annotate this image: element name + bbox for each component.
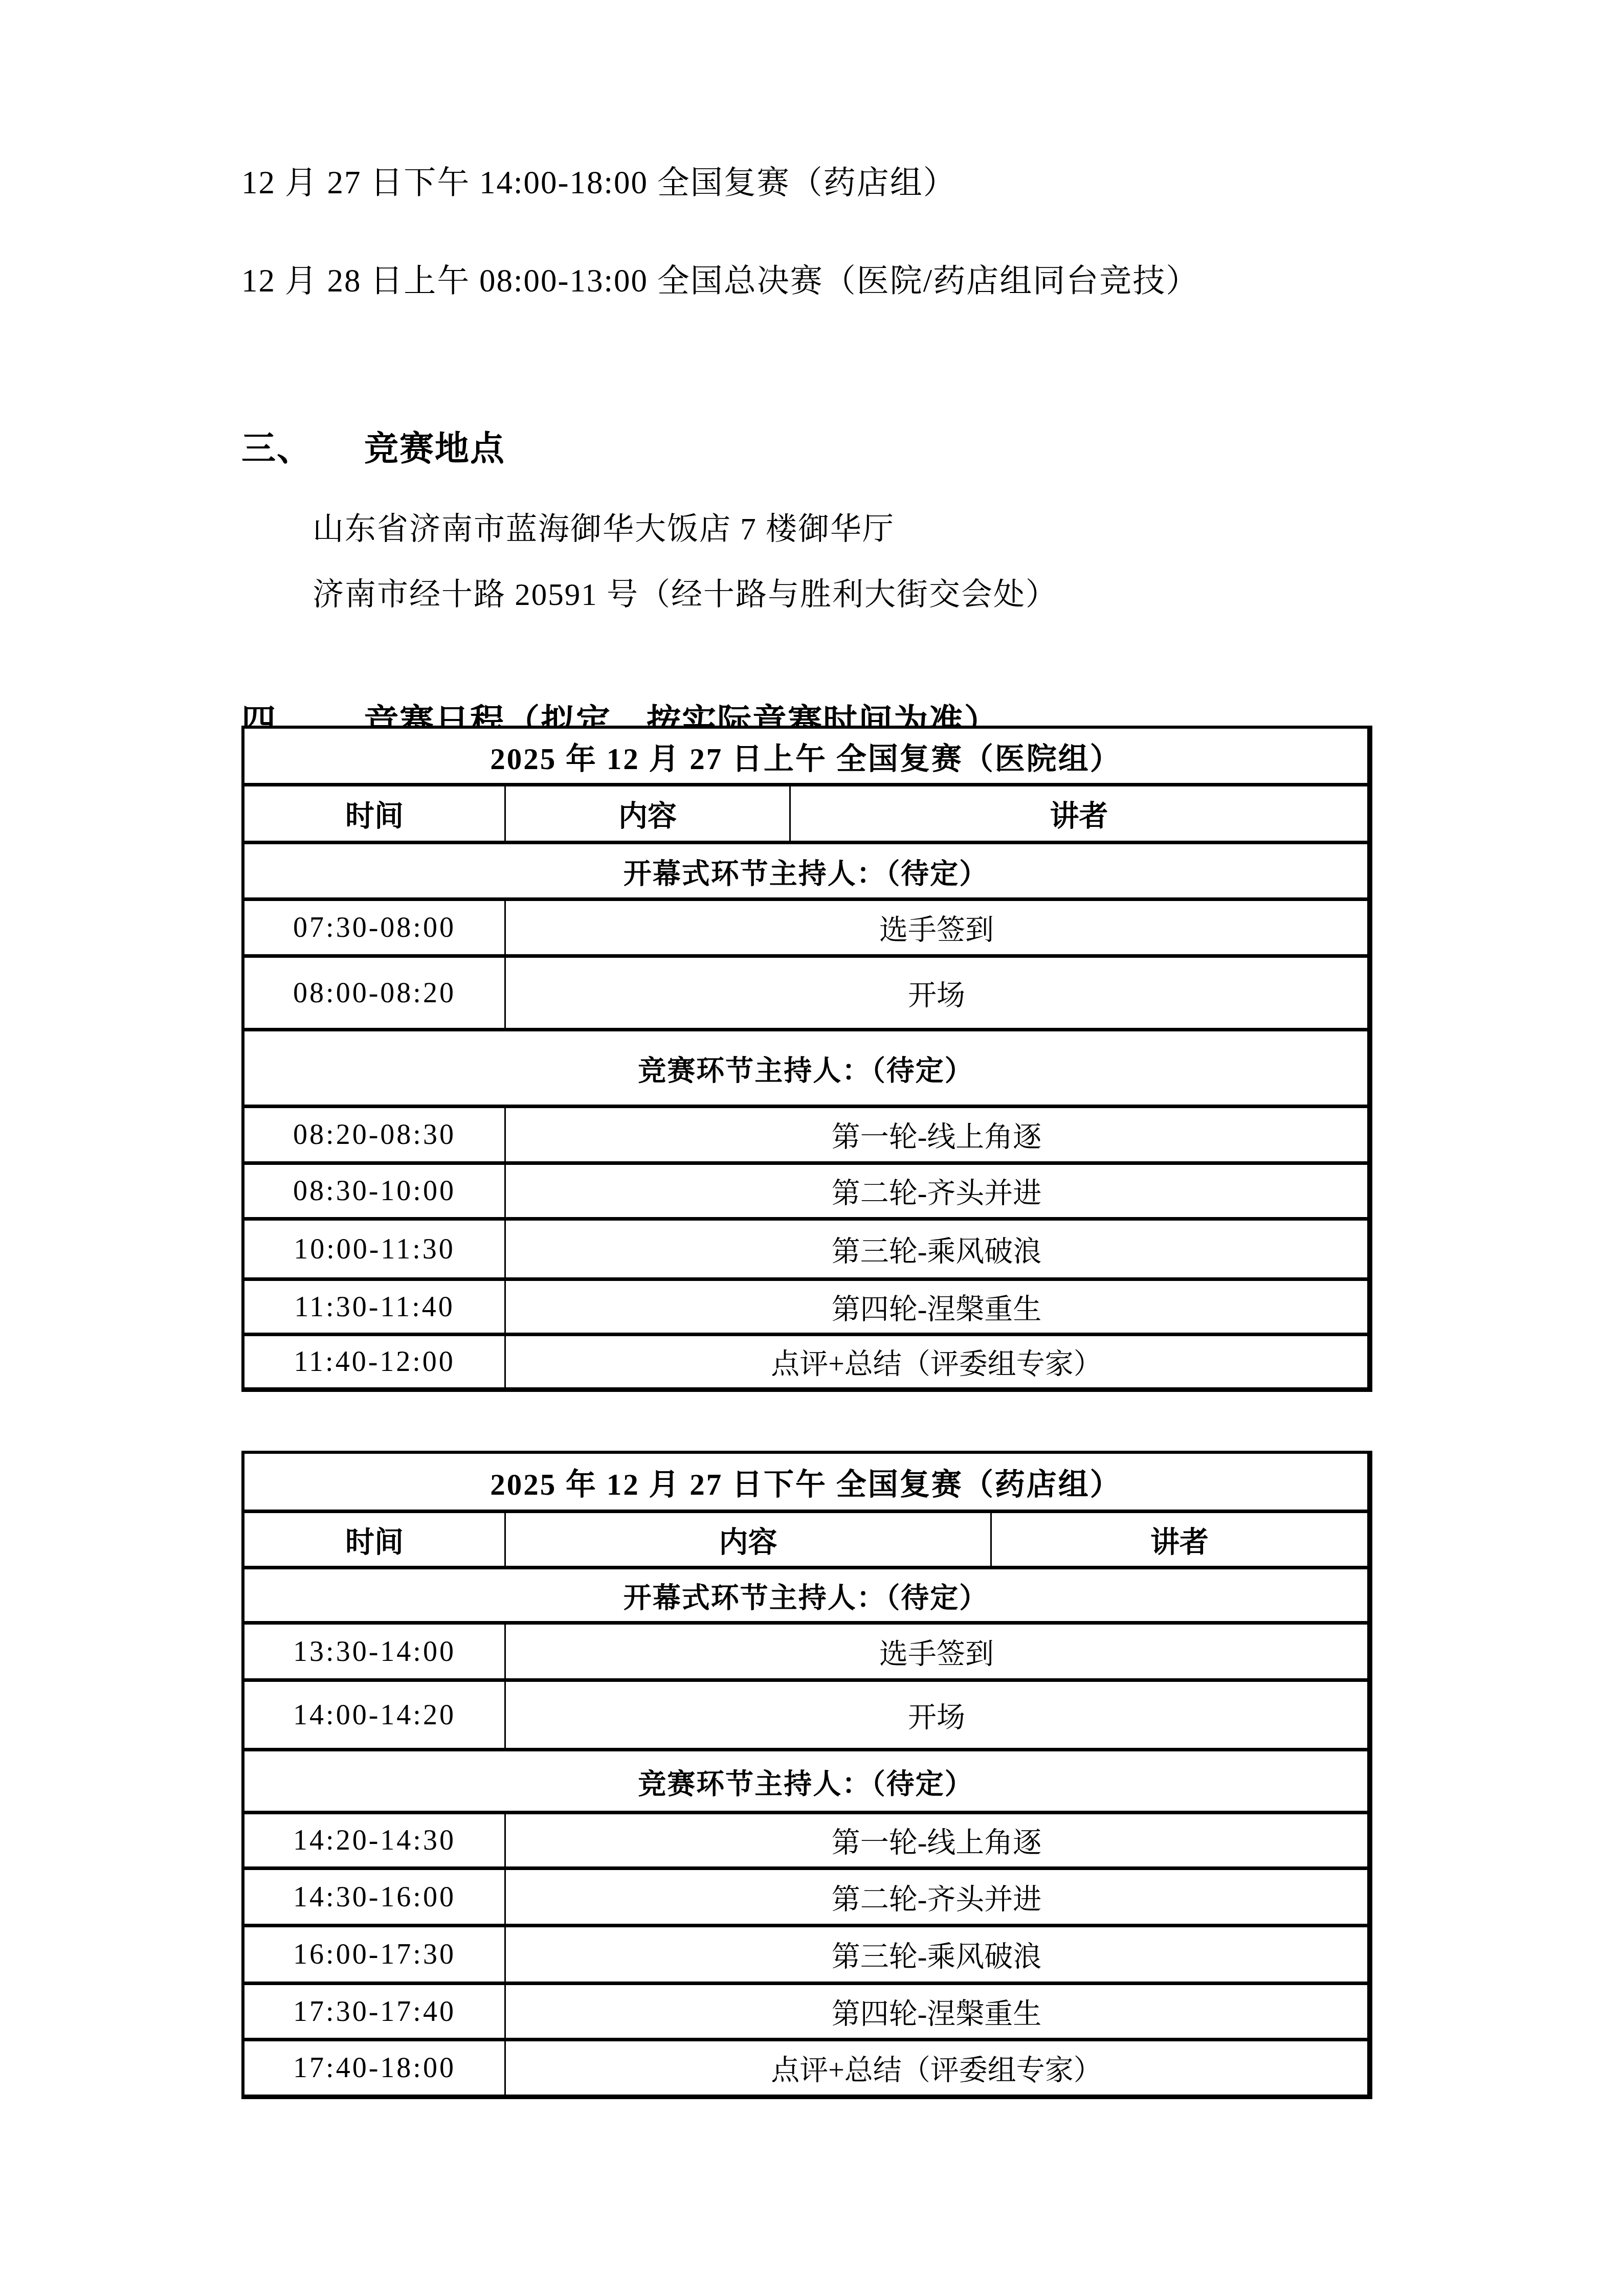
row-content: 开场: [506, 1682, 1367, 1748]
row-content: 第二轮-齐头并进: [506, 1870, 1367, 1924]
header-content: 内容: [506, 786, 791, 841]
row-content: 开场: [506, 958, 1367, 1028]
row-content: 第一轮-线上角逐: [506, 1108, 1367, 1161]
row-time: 13:30-14:00: [293, 1635, 456, 1668]
table-row: 17:40-18:00 点评+总结（评委组专家）: [244, 2038, 1367, 2095]
row-content: 点评+总结（评委组专家）: [506, 1336, 1367, 1387]
band-competition-host: 竞赛环节主持人：（待定）: [244, 1028, 1367, 1105]
row-time: 11:40-12:00: [294, 1345, 455, 1378]
table-row: 17:30-17:40 第四轮-涅槃重生: [244, 1982, 1367, 2038]
table-row: 11:40-12:00 点评+总结（评委组专家）: [244, 1333, 1367, 1387]
row-time: 08:30-10:00: [293, 1175, 456, 1207]
section-location-number: 三、: [241, 421, 364, 470]
row-time: 14:00-14:20: [293, 1699, 456, 1731]
band-opening-host: 开幕式环节主持人：（待定）: [244, 841, 1367, 897]
header-speaker: 讲者: [992, 1513, 1367, 1566]
table-title: 2025 年 12 月 27 日下午 全国复赛（药店组）: [244, 1454, 1367, 1510]
row-content: 第二轮-齐头并进: [506, 1165, 1367, 1217]
row-time: 16:00-17:30: [293, 1938, 456, 1971]
row-time: 14:20-14:30: [293, 1824, 456, 1857]
table-title-row: 2025 年 12 月 27 日下午 全国复赛（药店组）: [244, 1454, 1367, 1510]
row-content: 第三轮-乘风破浪: [506, 1927, 1367, 1982]
row-content: 选手签到: [506, 1625, 1367, 1678]
intro-line-1: 12 月 27 日下午 14:00-18:00 全国复赛（药店组）: [241, 156, 956, 203]
intro-line-2: 12 月 28 日上午 08:00-13:00 全国总决赛（医院/药店组同台竞技…: [241, 255, 1199, 301]
row-content: 第一轮-线上角逐: [506, 1814, 1367, 1866]
table-row: 10:00-11:30 第三轮-乘风破浪: [244, 1217, 1367, 1277]
table-header-row: 时间 内容 讲者: [244, 783, 1367, 841]
row-time: 08:00-08:20: [293, 977, 456, 1009]
row-time: 17:40-18:00: [293, 2052, 456, 2084]
row-content: 第四轮-涅槃重生: [506, 1985, 1367, 2038]
row-content: 点评+总结（评委组专家）: [506, 2041, 1367, 2095]
table-row: 08:20-08:30 第一轮-线上角逐: [244, 1105, 1367, 1161]
table-header-row: 时间 内容 讲者: [244, 1510, 1367, 1566]
header-time: 时间: [244, 786, 506, 841]
row-time: 11:30-11:40: [294, 1291, 455, 1323]
table-row: 14:20-14:30 第一轮-线上角逐: [244, 1811, 1367, 1866]
band-opening-host-label: 开幕式环节主持人：（待定）: [244, 1569, 1367, 1621]
row-content: 选手签到: [506, 901, 1367, 954]
header-content: 内容: [506, 1513, 992, 1566]
row-content: 第三轮-乘风破浪: [506, 1221, 1367, 1277]
section-location-title: 竞赛地点: [364, 430, 505, 468]
table-row: 14:30-16:00 第二轮-齐头并进: [244, 1866, 1367, 1924]
table-row: 16:00-17:30 第三轮-乘风破浪: [244, 1924, 1367, 1982]
header-speaker: 讲者: [791, 786, 1367, 841]
table-row: 14:00-14:20 开场: [244, 1678, 1367, 1748]
band-competition-host-label: 竞赛环节主持人：（待定）: [244, 1751, 1367, 1811]
table-row: 08:30-10:00 第二轮-齐头并进: [244, 1161, 1367, 1217]
row-content: 第四轮-涅槃重生: [506, 1281, 1367, 1333]
document-page: 12 月 27 日下午 14:00-18:00 全国复赛（药店组） 12 月 2…: [0, 0, 1624, 2296]
table-row: 07:30-08:00 选手签到: [244, 897, 1367, 954]
table-title: 2025 年 12 月 27 日上午 全国复赛（医院组）: [244, 729, 1367, 783]
table-row: 11:30-11:40 第四轮-涅槃重生: [244, 1277, 1367, 1333]
schedule-table-pharmacy: 2025 年 12 月 27 日下午 全国复赛（药店组） 时间 内容 讲者 开幕…: [241, 1451, 1372, 2099]
row-time: 10:00-11:30: [294, 1233, 455, 1266]
section-location-heading: 三、竞赛地点: [241, 421, 505, 470]
table-title-row: 2025 年 12 月 27 日上午 全国复赛（医院组）: [244, 729, 1367, 783]
band-competition-host-label: 竞赛环节主持人：（待定）: [244, 1031, 1367, 1105]
band-opening-host-label: 开幕式环节主持人：（待定）: [244, 844, 1367, 897]
schedule-table-hospital: 2025 年 12 月 27 日上午 全国复赛（医院组） 时间 内容 讲者 开幕…: [241, 726, 1372, 1392]
location-address-2: 济南市经十路 20591 号（经十路与胜利大街交会处）: [313, 570, 1058, 614]
table-row: 13:30-14:00 选手签到: [244, 1621, 1367, 1678]
band-competition-host: 竞赛环节主持人：（待定）: [244, 1748, 1367, 1811]
row-time: 08:20-08:30: [293, 1118, 456, 1151]
table-row: 08:00-08:20 开场: [244, 954, 1367, 1028]
header-time: 时间: [244, 1513, 506, 1566]
row-time: 17:30-17:40: [293, 1995, 456, 2028]
row-time: 14:30-16:00: [293, 1881, 456, 1914]
location-address-1: 山东省济南市蓝海御华大饭店 7 楼御华厅: [313, 504, 895, 549]
band-opening-host: 开幕式环节主持人：（待定）: [244, 1566, 1367, 1621]
row-time: 07:30-08:00: [293, 911, 456, 944]
